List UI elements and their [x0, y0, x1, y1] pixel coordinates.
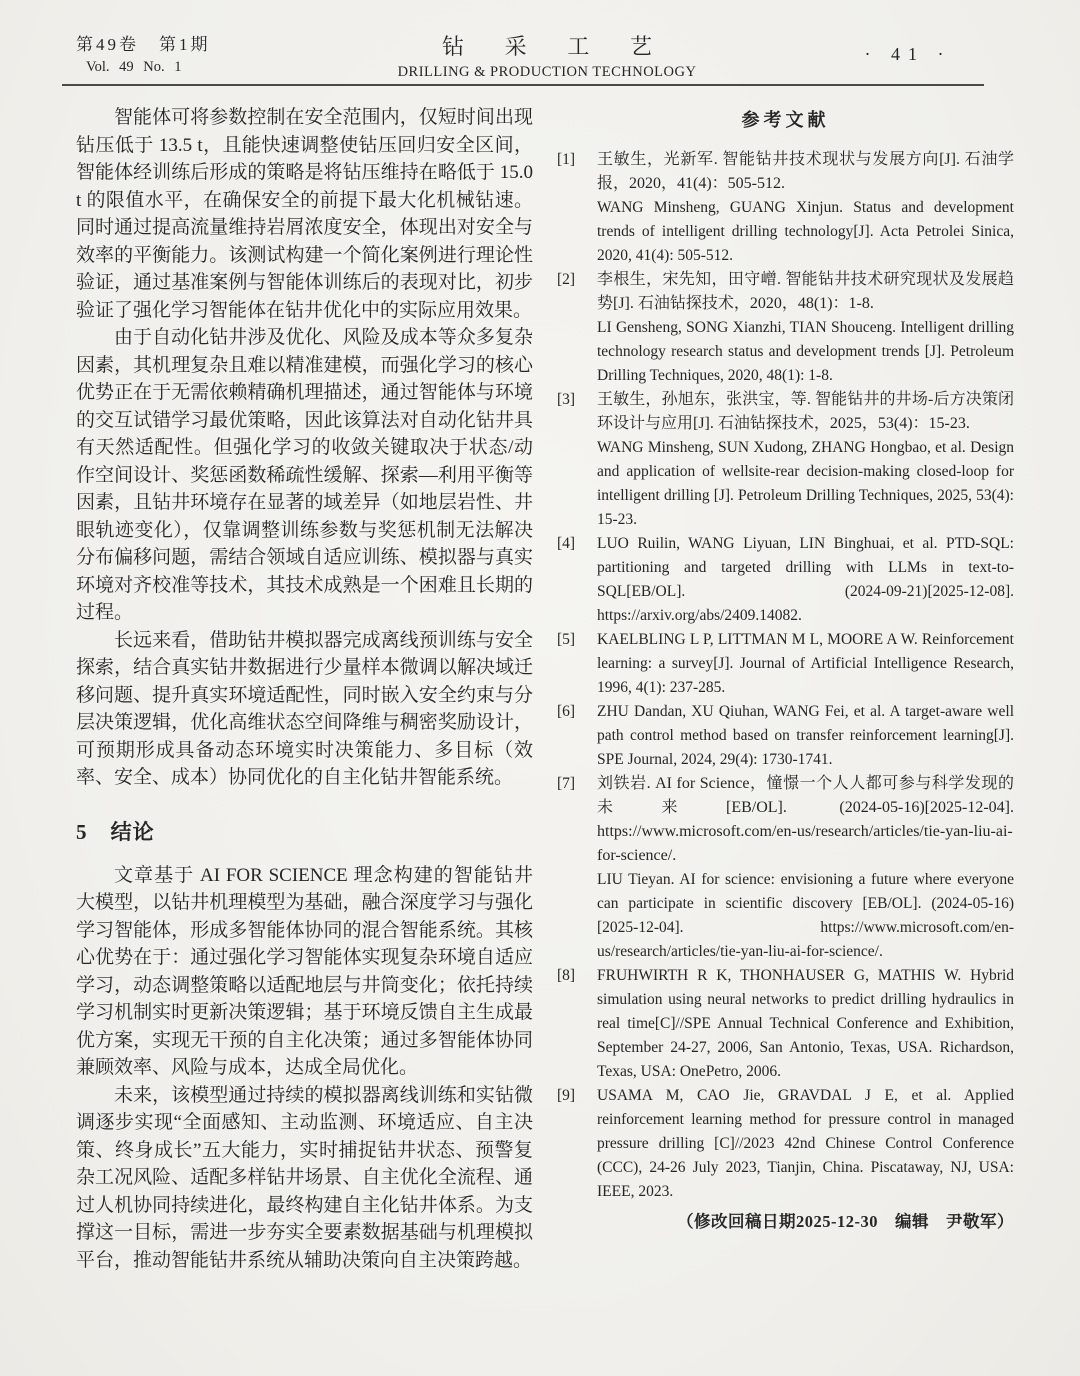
page-header: 第49卷 第1期 Vol. 49 No. 1 钻采工艺 DRILLING & P…: [62, 30, 1018, 78]
reference-item: [3] 王敏生，孙旭东，张洪宝，等. 智能钻井的井场-后方决策闭环设计与应用[J…: [557, 388, 1014, 532]
page-number: · 41 ·: [798, 30, 1018, 65]
reference-text-en: FRUHWIRTH R K, THONHAUSER G, MATHIS W. H…: [597, 964, 1014, 1084]
left-column: 智能体可将参数控制在安全范围内，仅短时间出现钻压低于 13.5 t，且能快速调整…: [62, 104, 533, 1274]
reference-text-cn: 王敏生，光新军. 智能钻井技术现状与发展方向[J]. 石油学报，2020，41(…: [597, 148, 1014, 196]
reference-number: [7]: [557, 772, 597, 964]
reference-item: [2] 李根生，宋先知，田守嶒. 智能钻井技术研究现状及发展趋势[J]. 石油钻…: [557, 268, 1014, 388]
reference-text-cn: 王敏生，孙旭东，张洪宝，等. 智能钻井的井场-后方决策闭环设计与应用[J]. 石…: [597, 388, 1014, 436]
reference-item: [6] ZHU Dandan, XU Qiuhan, WANG Fei, et …: [557, 700, 1014, 772]
header-divider: [62, 84, 984, 86]
reference-number: [4]: [557, 532, 597, 628]
section-title: 结论: [111, 820, 155, 844]
reference-item: [8] FRUHWIRTH R K, THONHAUSER G, MATHIS …: [557, 964, 1014, 1084]
journal-title-en: DRILLING & PRODUCTION TECHNOLOGY: [296, 64, 798, 81]
reference-item: [9] USAMA M, CAO Jie, GRAVDAL J E, et al…: [557, 1084, 1014, 1204]
references-heading: 参考文献: [557, 106, 1014, 132]
header-issue-block: 第49卷 第1期 Vol. 49 No. 1: [62, 30, 296, 76]
reference-number: [9]: [557, 1084, 597, 1204]
reference-text-en: USAMA M, CAO Jie, GRAVDAL J E, et al. Ap…: [597, 1084, 1014, 1204]
body-paragraph: 智能体可将参数控制在安全范围内，仅短时间出现钻压低于 13.5 t，且能快速调整…: [76, 104, 533, 324]
conclusion-paragraph: 文章基于 AI FOR SCIENCE 理念构建的智能钻井大模型，以钻井机理模型…: [76, 862, 533, 1082]
reference-number: [2]: [557, 268, 597, 388]
reference-number: [6]: [557, 700, 597, 772]
reference-text-en: LUO Ruilin, WANG Liyuan, LIN Binghuai, e…: [597, 532, 1014, 628]
reference-number: [3]: [557, 388, 597, 532]
reference-text-en: WANG Minsheng, GUANG Xinjun. Status and …: [597, 196, 1014, 268]
reference-body: 刘铁岩. AI for Science，憧憬一个人人都可参与科学发现的未来[EB…: [597, 772, 1014, 964]
reference-item: [7] 刘铁岩. AI for Science，憧憬一个人人都可参与科学发现的未…: [557, 772, 1014, 964]
reference-body: LUO Ruilin, WANG Liyuan, LIN Binghuai, e…: [597, 532, 1014, 628]
reference-number: [1]: [557, 148, 597, 268]
reference-item: [4] LUO Ruilin, WANG Liyuan, LIN Binghua…: [557, 532, 1014, 628]
conclusion-paragraph: 未来，该模型通过持续的模拟器离线训练和实钻微调逐步实现“全面感知、主动监测、环境…: [76, 1082, 533, 1275]
issue-volume-cn: 第49卷 第1期: [76, 30, 296, 55]
journal-title-cn: 钻采工艺: [296, 30, 798, 61]
revision-editor-note: （修改回稿日期2025-12-30 编辑 尹敬军）: [557, 1208, 1014, 1232]
journal-title-block: 钻采工艺 DRILLING & PRODUCTION TECHNOLOGY: [296, 30, 798, 81]
reference-text-en: LI Gensheng, SONG Xianzhi, TIAN Shouceng…: [597, 316, 1014, 388]
reference-text-en: LIU Tieyan. AI for science: envisioning …: [597, 868, 1014, 964]
reference-text-cn: 刘铁岩. AI for Science，憧憬一个人人都可参与科学发现的未来[EB…: [597, 772, 1014, 868]
reference-text-en: WANG Minsheng, SUN Xudong, ZHANG Hongbao…: [597, 436, 1014, 532]
right-column: 参考文献 [1] 王敏生，光新军. 智能钻井技术现状与发展方向[J]. 石油学报…: [557, 104, 1018, 1274]
reference-body: 李根生，宋先知，田守嶒. 智能钻井技术研究现状及发展趋势[J]. 石油钻探技术，…: [597, 268, 1014, 388]
journal-page: 第49卷 第1期 Vol. 49 No. 1 钻采工艺 DRILLING & P…: [0, 0, 1080, 1376]
reference-text-cn: 李根生，宋先知，田守嶒. 智能钻井技术研究现状及发展趋势[J]. 石油钻探技术，…: [597, 268, 1014, 316]
body-paragraph: 由于自动化钻井涉及优化、风险及成本等众多复杂因素，其机理复杂且难以精准建模，而强…: [76, 324, 533, 627]
reference-body: 王敏生，孙旭东，张洪宝，等. 智能钻井的井场-后方决策闭环设计与应用[J]. 石…: [597, 388, 1014, 532]
reference-body: ZHU Dandan, XU Qiuhan, WANG Fei, et al. …: [597, 700, 1014, 772]
reference-text-en: KAELBLING L P, LITTMAN M L, MOORE A W. R…: [597, 628, 1014, 700]
reference-body: FRUHWIRTH R K, THONHAUSER G, MATHIS W. H…: [597, 964, 1014, 1084]
reference-body: 王敏生，光新军. 智能钻井技术现状与发展方向[J]. 石油学报，2020，41(…: [597, 148, 1014, 268]
reference-text-en: ZHU Dandan, XU Qiuhan, WANG Fei, et al. …: [597, 700, 1014, 772]
body-paragraph: 长远来看，借助钻井模拟器完成离线预训练与安全探索，结合真实钻井数据进行少量样本微…: [76, 627, 533, 792]
section-heading-conclusion: 5结论: [76, 816, 533, 846]
reference-item: [1] 王敏生，光新军. 智能钻井技术现状与发展方向[J]. 石油学报，2020…: [557, 148, 1014, 268]
page-body: 智能体可将参数控制在安全范围内，仅短时间出现钻压低于 13.5 t，且能快速调整…: [62, 104, 1018, 1274]
reference-number: [5]: [557, 628, 597, 700]
reference-number: [8]: [557, 964, 597, 1084]
issue-volume-en: Vol. 49 No. 1: [76, 59, 296, 76]
reference-body: KAELBLING L P, LITTMAN M L, MOORE A W. R…: [597, 628, 1014, 700]
reference-item: [5] KAELBLING L P, LITTMAN M L, MOORE A …: [557, 628, 1014, 700]
reference-body: USAMA M, CAO Jie, GRAVDAL J E, et al. Ap…: [597, 1084, 1014, 1204]
section-number: 5: [76, 820, 88, 844]
